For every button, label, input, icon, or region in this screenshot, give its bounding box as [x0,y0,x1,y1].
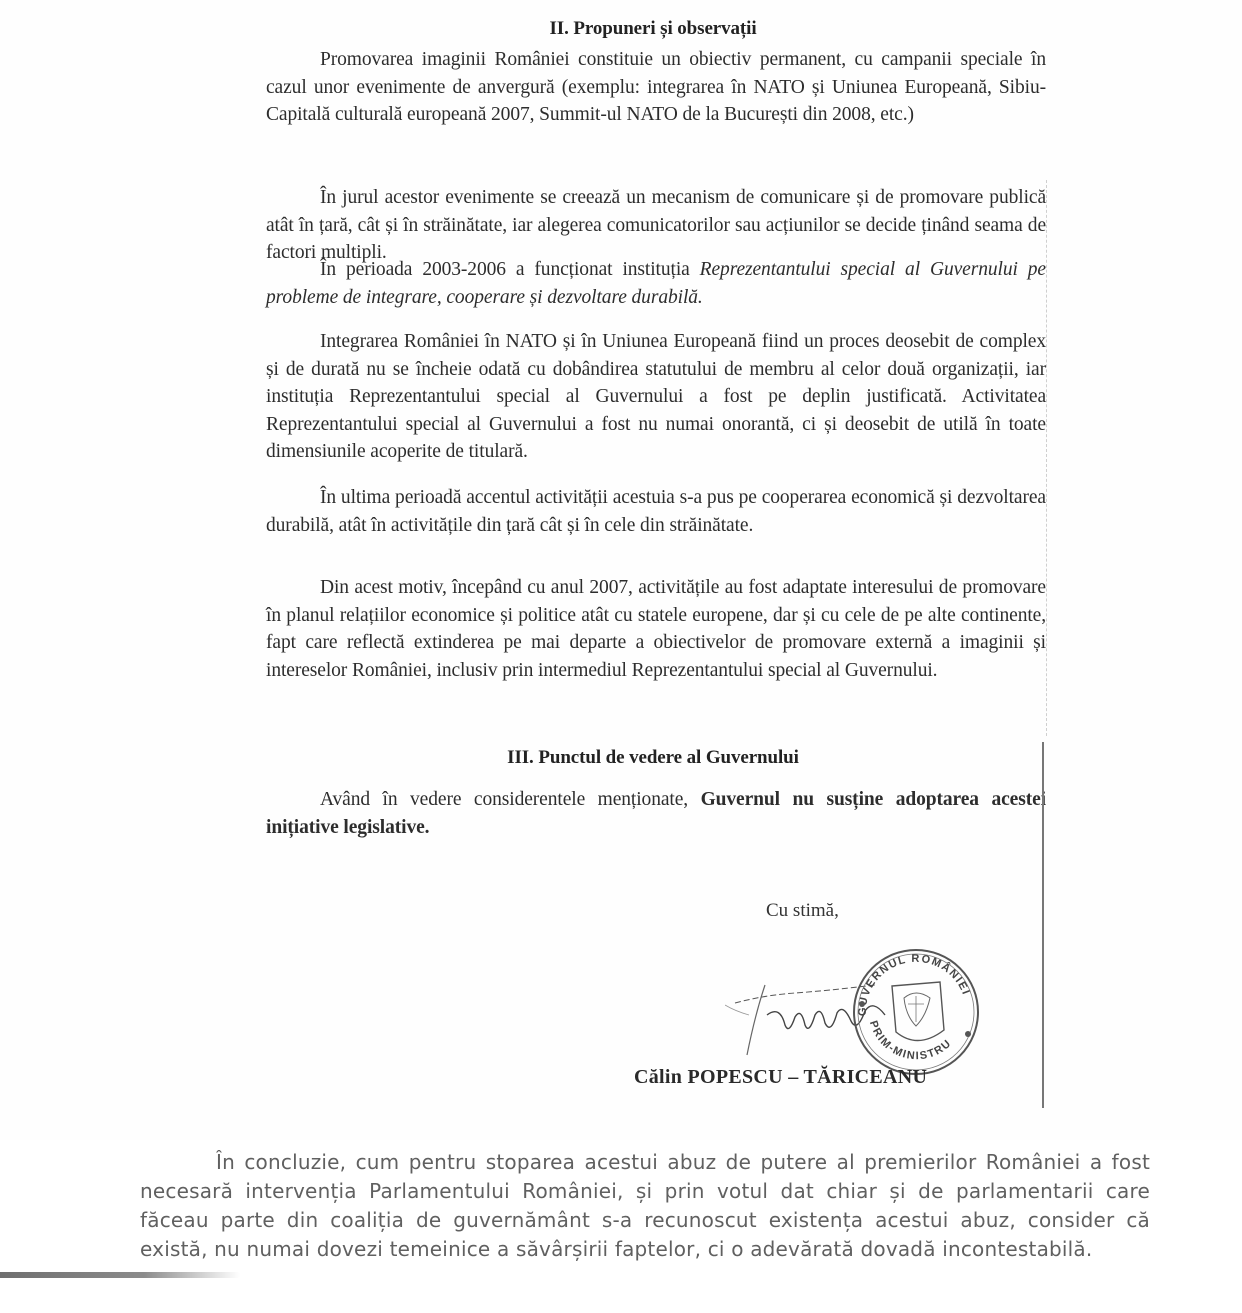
margin-line [1046,180,1047,736]
closing-salutation: Cu stimă, [766,900,839,922]
signer-name: Călin POPESCU – TĂRICEANU [634,1066,927,1089]
paragraph-government-position: Având în vedere considerentele menționat… [266,786,1046,841]
paragraph-institution-2003-2006: În perioada 2003-2006 a funcționat insti… [266,256,1046,311]
paragraph-integration: Integrarea României în NATO și în Uniune… [266,328,1046,466]
margin-line [1042,742,1044,1108]
svg-text:PRIM-MINISTRU: PRIM-MINISTRU [867,1019,954,1062]
section-heading-government-view: III. Punctul de vedere al Guvernului [262,744,1044,772]
page-edge-shadow [0,1272,240,1278]
paragraph-recent-period: În ultima perioadă accentul activității … [266,484,1046,539]
paragraph-text: Având în vedere considerentele menționat… [320,789,701,810]
paragraph-promotion: Promovarea imaginii României constituie … [266,46,1046,129]
stamp-bottom-text: PRIM-MINISTRU [867,1019,954,1062]
paragraph-2007-activities: Din acest motiv, începând cu anul 2007, … [266,574,1046,684]
paragraph-communication-mechanism: În jurul acestor evenimente se creează u… [266,184,1046,267]
scanned-letter-page: II. Propuneri și observații Promovarea i… [0,0,1242,1140]
paragraph-text: În perioada 2003-2006 a funcționat insti… [320,259,700,280]
government-stamp-icon: GUVERNUL ROMÂNIEI PRIM-MINISTRU [848,946,984,1076]
section-heading-proposals: II. Propuneri și observații [262,15,1044,43]
conclusion-paragraph: În concluzie, cum pentru stoparea acestu… [140,1148,1150,1264]
